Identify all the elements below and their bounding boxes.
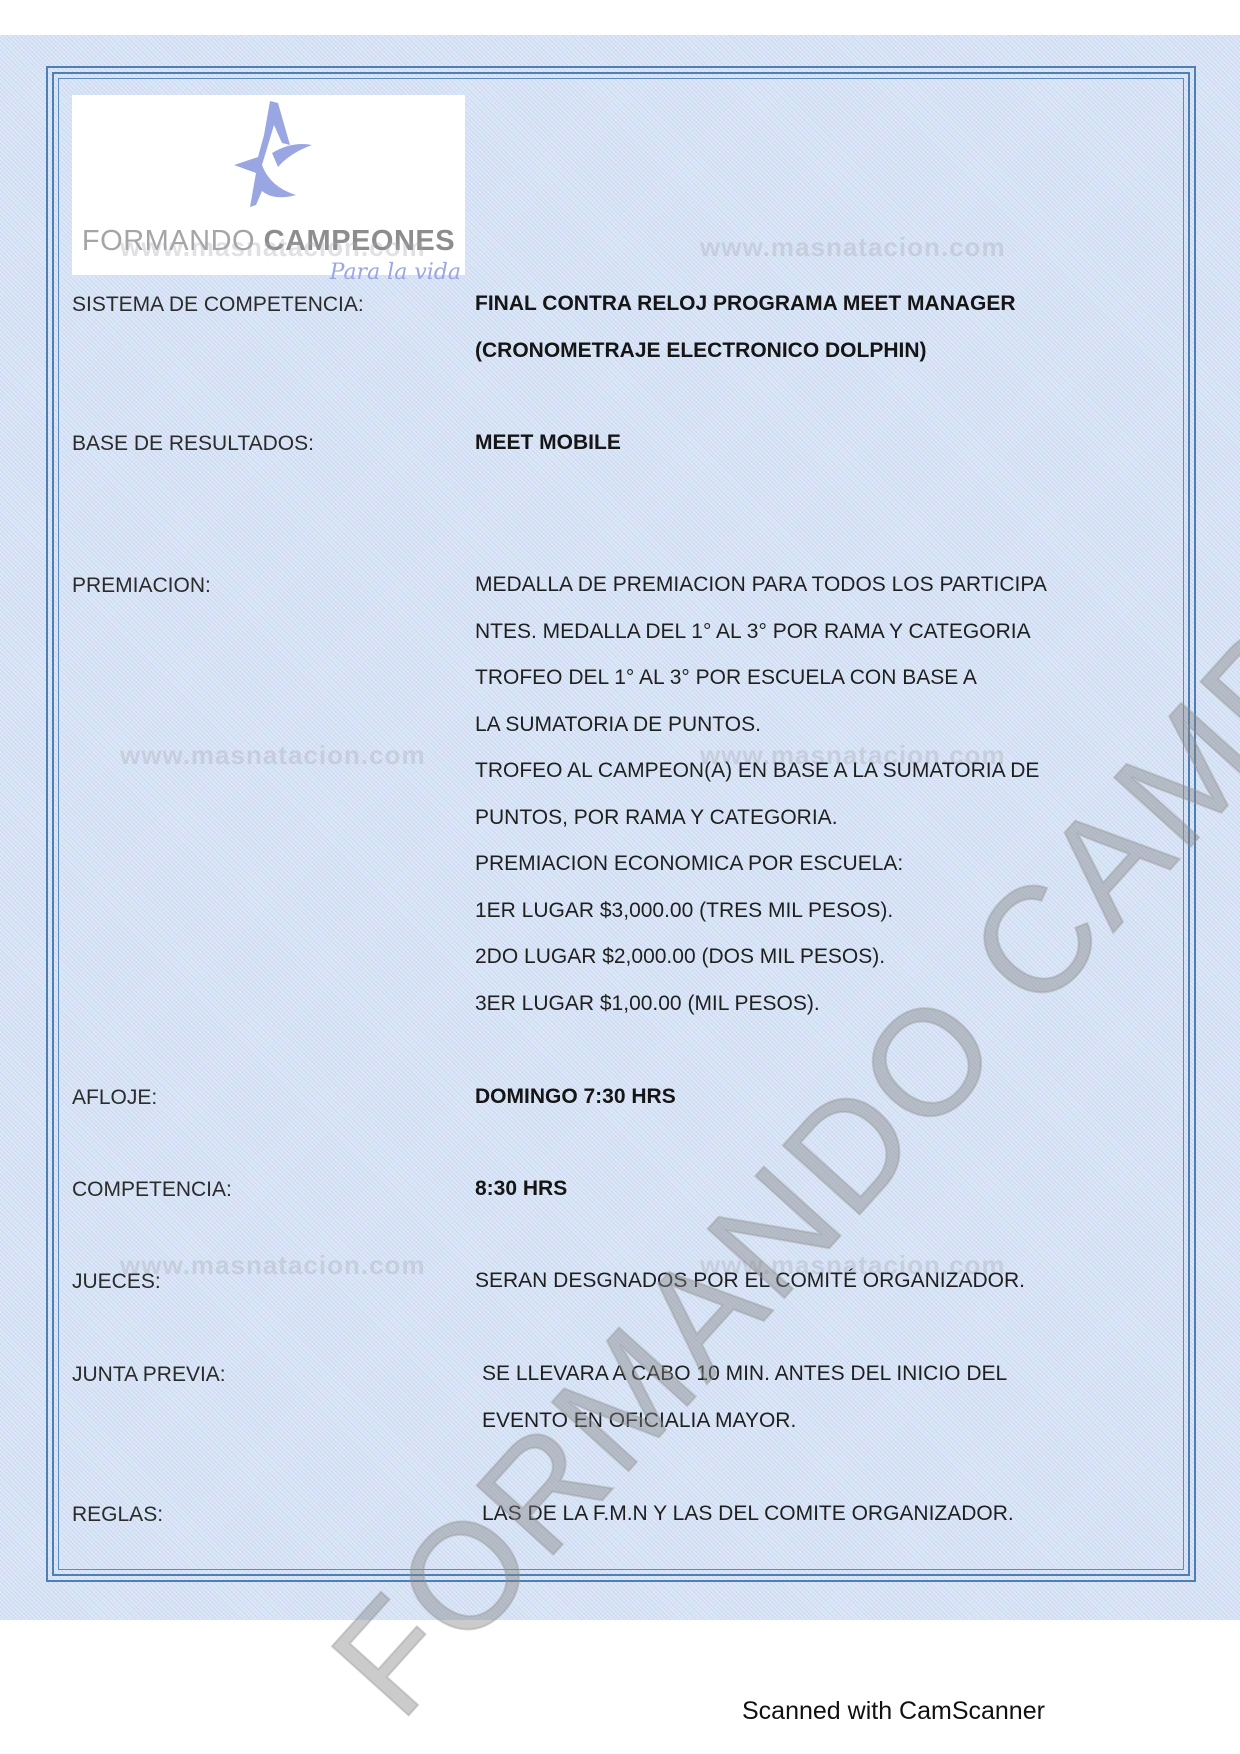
detail-value-line: (CRONOMETRAJE ELECTRONICO DOLPHIN) — [475, 328, 1016, 375]
star-c-logo-icon — [212, 95, 332, 215]
detail-value: DOMINGO 7:30 HRS — [475, 1074, 676, 1121]
logo-tagline: Para la vida — [330, 260, 461, 285]
detail-label: COMPETENCIA: — [72, 1178, 232, 1202]
detail-value-line: SERAN DESGNADOS POR EL COMITÉ ORGANIZADO… — [475, 1258, 1025, 1305]
url-watermark: www.masnatacion.com — [120, 1250, 426, 1281]
detail-value-line: 1ER LUGAR $3,000.00 (TRES MIL PESOS). — [475, 888, 1047, 935]
detail-value-line: 2DO LUGAR $2,000.00 (DOS MIL PESOS). — [475, 934, 1047, 981]
detail-value-line: SE LLEVARA A CABO 10 MIN. ANTES DEL INIC… — [482, 1351, 1007, 1398]
detail-value-line: 8:30 HRS — [475, 1166, 567, 1213]
detail-value-line: NTES. MEDALLA DEL 1° AL 3° POR RAMA Y CA… — [475, 609, 1047, 656]
url-watermark: www.masnatacion.com — [120, 232, 426, 263]
detail-label: AFLOJE: — [72, 1086, 157, 1110]
detail-value-line: DOMINGO 7:30 HRS — [475, 1074, 676, 1121]
detail-value: MEDALLA DE PREMIACION PARA TODOS LOS PAR… — [475, 562, 1047, 1027]
detail-value-line: MEDALLA DE PREMIACION PARA TODOS LOS PAR… — [475, 562, 1047, 609]
detail-value: MEET MOBILE — [475, 420, 621, 467]
detail-value-line: FINAL CONTRA RELOJ PROGRAMA MEET MANAGER — [475, 281, 1016, 328]
detail-label: REGLAS: — [72, 1503, 163, 1527]
detail-value-line: PREMIACION ECONOMICA POR ESCUELA: — [475, 841, 1047, 888]
detail-value-line: 3ER LUGAR $1,00.00 (MIL PESOS). — [475, 981, 1047, 1028]
detail-value-line: LA SUMATORIA DE PUNTOS. — [475, 702, 1047, 749]
url-watermark: www.masnatacion.com — [700, 232, 1006, 263]
scanner-footer: Scanned with CamScanner — [742, 1697, 1045, 1726]
detail-label: PREMIACION: — [72, 574, 211, 598]
detail-value-line: EVENTO EN OFICIALIA MAYOR. — [482, 1398, 1007, 1445]
detail-label: JUECES: — [72, 1270, 161, 1294]
detail-value: FINAL CONTRA RELOJ PROGRAMA MEET MANAGER… — [475, 281, 1016, 374]
detail-value: LAS DE LA F.M.N Y LAS DEL COMITE ORGANIZ… — [482, 1491, 1014, 1538]
detail-label: JUNTA PREVIA: — [72, 1363, 226, 1387]
detail-value-line: TROFEO AL CAMPEON(A) EN BASE A LA SUMATO… — [475, 748, 1047, 795]
detail-value-line: MEET MOBILE — [475, 420, 621, 467]
detail-value: SE LLEVARA A CABO 10 MIN. ANTES DEL INIC… — [482, 1351, 1007, 1444]
detail-value-line: PUNTOS, POR RAMA Y CATEGORIA. — [475, 795, 1047, 842]
detail-label: SISTEMA DE COMPETENCIA: — [72, 293, 364, 317]
detail-value-line: TROFEO DEL 1° AL 3° POR ESCUELA CON BASE… — [475, 655, 1047, 702]
detail-value: SERAN DESGNADOS POR EL COMITÉ ORGANIZADO… — [475, 1258, 1025, 1305]
detail-value: 8:30 HRS — [475, 1166, 567, 1213]
detail-value-line: LAS DE LA F.M.N Y LAS DEL COMITE ORGANIZ… — [482, 1491, 1014, 1538]
url-watermark: www.masnatacion.com — [120, 740, 426, 771]
detail-label: BASE DE RESULTADOS: — [72, 432, 314, 456]
